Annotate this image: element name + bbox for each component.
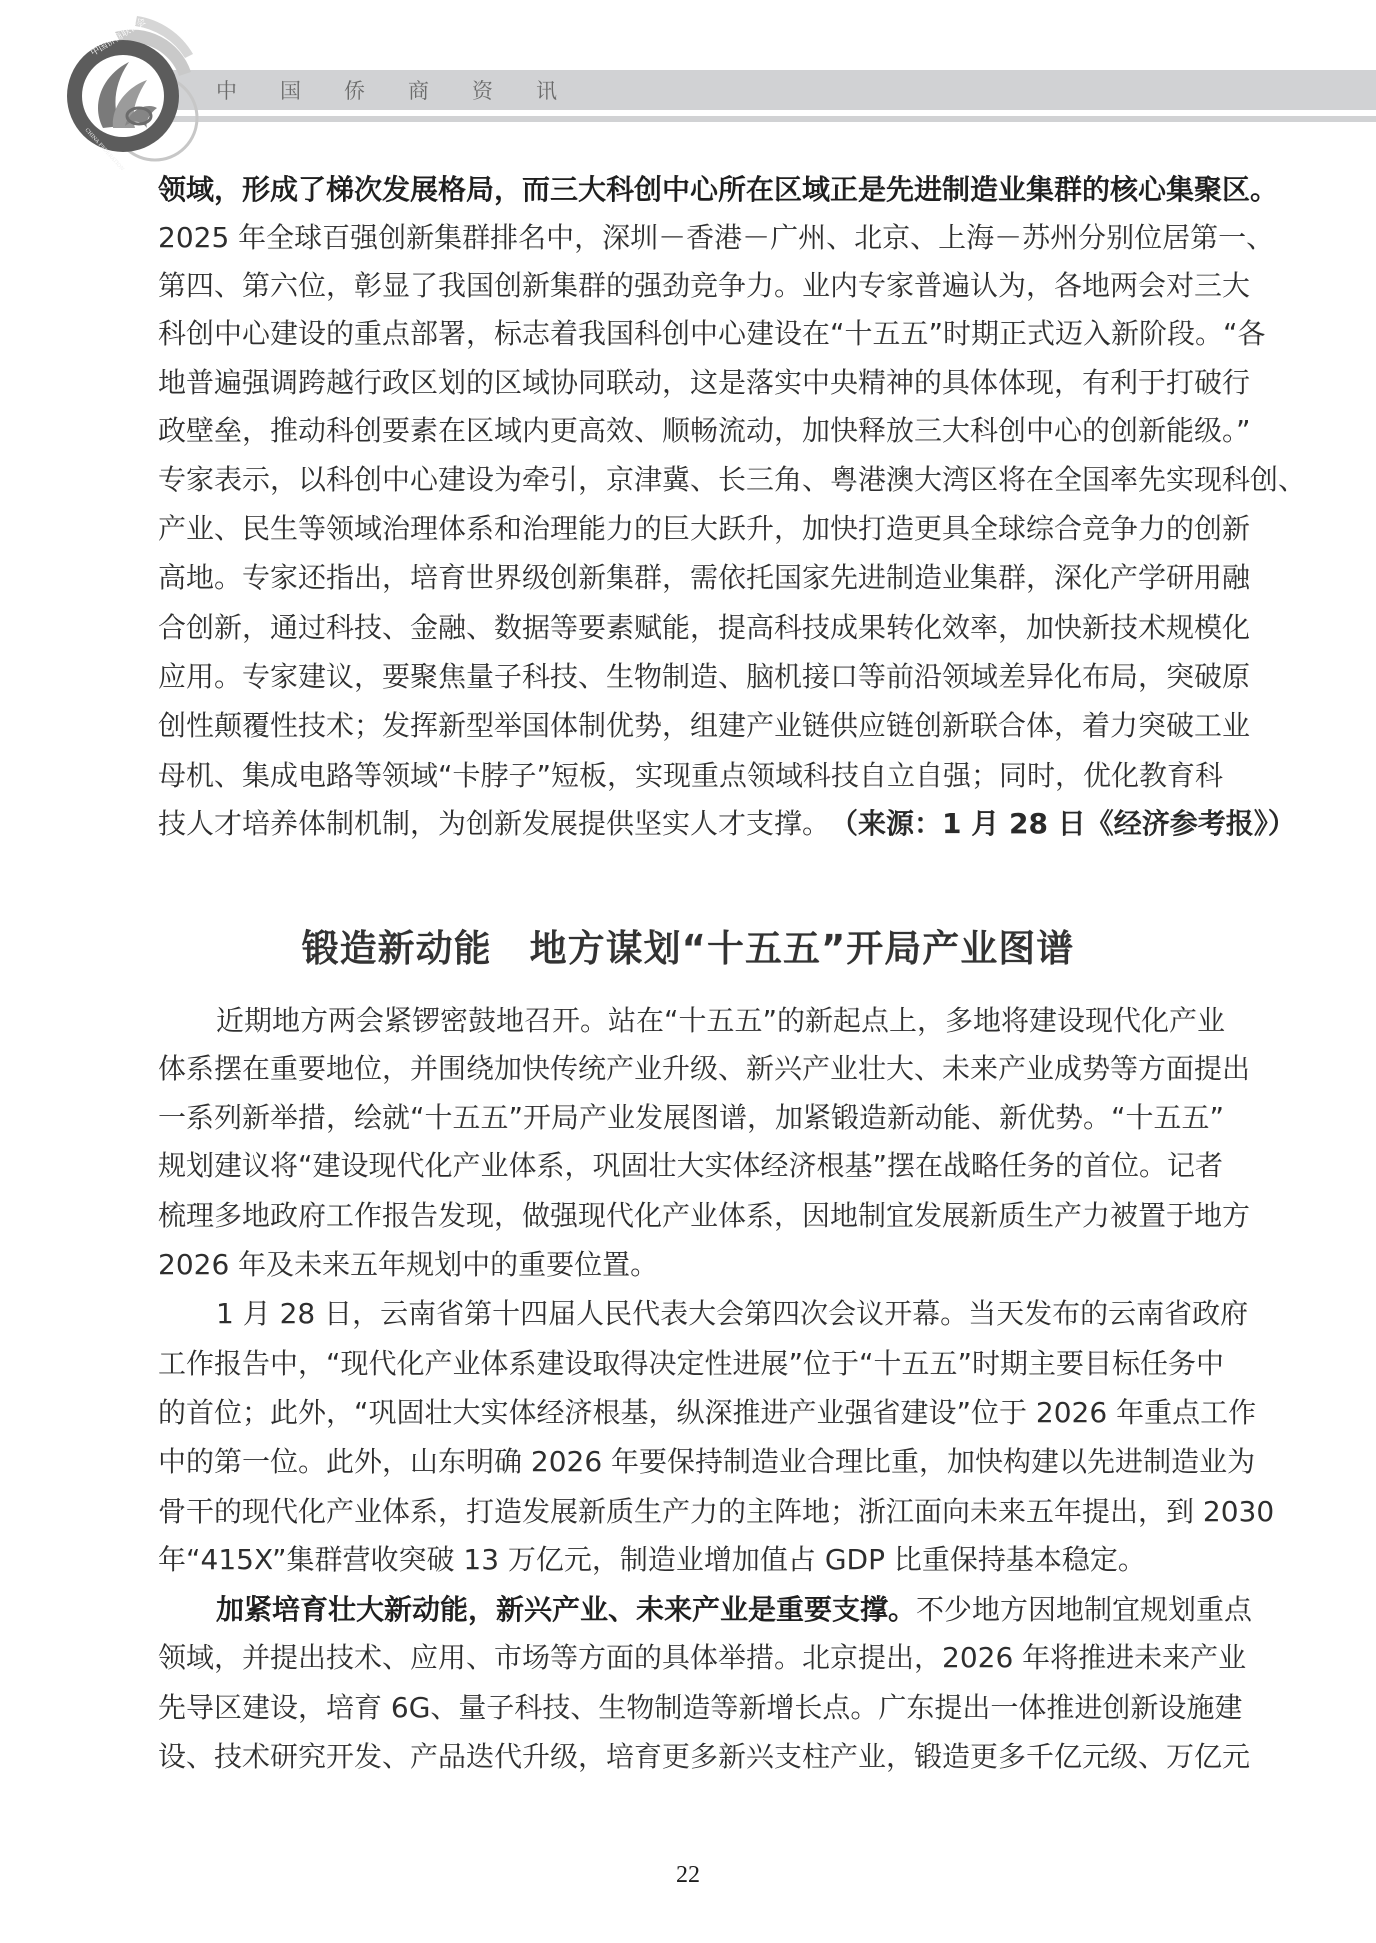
- header-divider: [170, 116, 1376, 122]
- paragraph-line: 梳理多地政府工作报告发现，做强现代化产业体系，因地制宜发展新质生产力被置于地方: [158, 1196, 1210, 1236]
- paragraph-line: 骨干的现代化产业体系，打造发展新质生产力的主阵地；浙江面向未来五年提出，到 20…: [158, 1492, 1210, 1532]
- paragraph-line: 1 月 28 日，云南省第十四届人民代表大会第四次会议开幕。当天发布的云南省政府: [158, 1294, 1210, 1334]
- paragraph-line: 工作报告中，“现代化产业体系建设取得决定性进展”位于“十五五”时期主要目标任务中: [158, 1344, 1210, 1384]
- bold-lead-sentence: 加紧培育壮大新动能，新兴产业、未来产业是重要支撑。: [216, 1590, 916, 1630]
- paragraph-line: 加紧培育壮大新动能，新兴产业、未来产业是重要支撑。不少地方因地制宜规划重点: [158, 1590, 1210, 1630]
- paragraph-line: 2025 年全球百强创新集群排名中，深圳－香港－广州、北京、上海－苏州分别位居第…: [158, 218, 1210, 258]
- source-attribution: （来源：1 月 28 日《经济参考报》）: [830, 804, 1296, 844]
- publication-title: 中 国 侨 商 资 讯: [216, 76, 600, 106]
- paragraph-line: 领域，形成了梯次发展格局，而三大科创中心所在区域正是先进制造业集群的核心集聚区。: [158, 170, 1210, 210]
- paragraph-line-rest: 不少地方因地制宜规划重点: [916, 1590, 1252, 1630]
- page-number: 22: [0, 1862, 1376, 1889]
- publication-title-char: 讯: [536, 76, 600, 106]
- publication-title-char: 国: [280, 76, 344, 106]
- paragraph-line: 领域，并提出技术、应用、市场等方面的具体举措。北京提出，2026 年将推进未来产…: [158, 1638, 1210, 1678]
- paragraph-line: 的首位；此外，“巩固壮大实体经济根基，纵深推进产业强省建设”位于 2026 年重…: [158, 1393, 1210, 1433]
- paragraph-last-line: 技人才培养体制机制，为创新发展提供坚实人才支撑。 （来源：1 月 28 日《经济…: [158, 804, 1210, 844]
- paragraph-line: 应用。专家建议，要聚焦量子科技、生物制造、脑机接口等前沿领域差异化布局，突破原: [158, 657, 1210, 697]
- paragraph-line: 技人才培养体制机制，为创新发展提供坚实人才支撑。: [158, 804, 830, 844]
- paragraph-line: 第四、第六位，彰显了我国创新集群的强劲竞争力。业内专家普遍认为，各地两会对三大: [158, 266, 1210, 306]
- paragraph-line: 创性颠覆性技术；发挥新型举国体制优势，组建产业链供应链创新联合体，着力突破工业: [158, 706, 1210, 746]
- article-headline: 锻造新动能 地方谋划“十五五”开局产业图谱: [0, 924, 1376, 974]
- publication-title-char: 资: [472, 76, 536, 106]
- paragraph-line: 体系摆在重要地位，并围绕加快传统产业升级、新兴产业壮大、未来产业成势等方面提出: [158, 1049, 1210, 1089]
- paragraph-line: 2026 年及未来五年规划中的重要位置。: [158, 1245, 1210, 1285]
- paragraph-line: 一系列新举措，绘就“十五五”开局产业发展图谱，加紧锻造新动能、新优势。“十五五”: [158, 1098, 1210, 1138]
- paragraph-line: 规划建议将“建设现代化产业体系，巩固壮大实体经济根基”摆在战略任务的首位。记者: [158, 1146, 1210, 1186]
- paragraph-line: 地普遍强调跨越行政区划的区域协同联动，这是落实中央精神的具体体现，有利于打破行: [158, 363, 1210, 403]
- paragraph-line: 中的第一位。此外，山东明确 2026 年要保持制造业合理比重，加快构建以先进制造…: [158, 1442, 1210, 1482]
- paragraph-line: 母机、集成电路等领域“卡脖子”短板，实现重点领域科技自立自强；同时，优化教育科: [158, 756, 1210, 796]
- paragraph-line: 设、技术研究开发、产品迭代升级，培育更多新兴支柱产业，锻造更多千亿元级、万亿元: [158, 1737, 1210, 1777]
- paragraph-line: 合创新，通过科技、金融、数据等要素赋能，提高科技成果转化效率，加快新技术规模化: [158, 608, 1210, 648]
- paragraph-line: 年“415X”集群营收突破 13 万亿元，制造业增加值占 GDP 比重保持基本稳…: [158, 1540, 1210, 1580]
- paragraph-line: 高地。专家还指出，培育世界级创新集群，需依托国家先进制造业集群，深化产学研用融: [158, 558, 1210, 598]
- paragraph-line: 政壁垒，推动科创要素在区域内更高效、顺畅流动，加快释放三大科创中心的创新能级。”: [158, 411, 1210, 451]
- organization-logo-icon: 中国侨商联合会 CHINA FEDERATION OF OVERSEAS: [55, 10, 205, 170]
- paragraph-line: 专家表示，以科创中心建设为牵引，京津冀、长三角、粤港澳大湾区将在全国率先实现科创…: [158, 460, 1210, 500]
- publication-title-char: 商: [408, 76, 472, 106]
- paragraph-line: 产业、民生等领域治理体系和治理能力的巨大跃升，加快打造更具全球综合竞争力的创新: [158, 509, 1210, 549]
- paragraph-line: 先导区建设，培育 6G、量子科技、生物制造等新增长点。广东提出一体推进创新设施建: [158, 1688, 1210, 1728]
- paragraph-line: 科创中心建设的重点部署，标志着我国科创中心建设在“十五五”时期正式迈入新阶段。“…: [158, 314, 1210, 354]
- publication-title-char: 中: [216, 76, 280, 106]
- publication-title-char: 侨: [344, 76, 408, 106]
- paragraph-line: 近期地方两会紧锣密鼓地召开。站在“十五五”的新起点上，多地将建设现代化产业: [158, 1001, 1210, 1041]
